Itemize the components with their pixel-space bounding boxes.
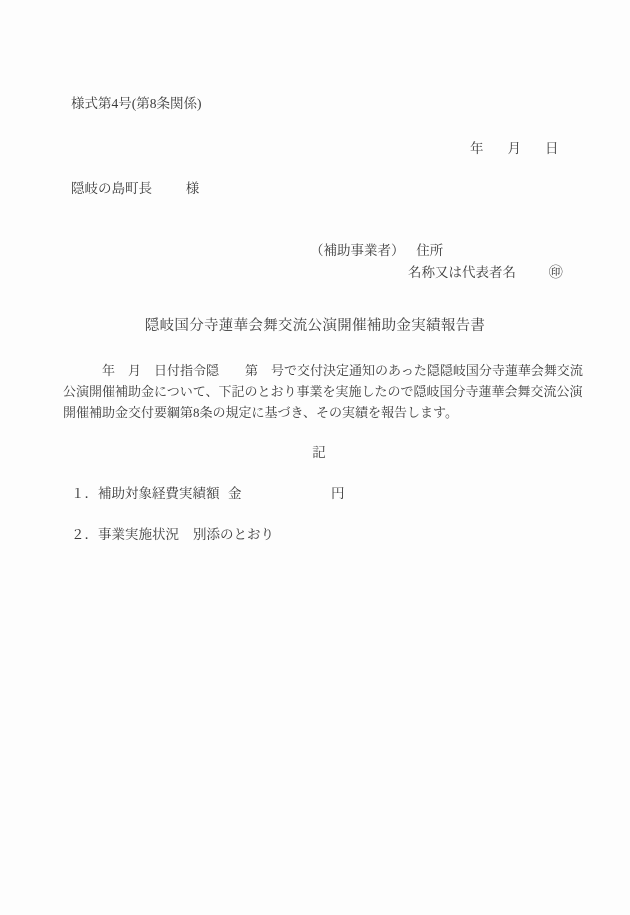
body-line-2: 公演開催補助金について、下記のとおり事業を実施したので隠岐国分寺蓮華会舞交流公演 xyxy=(63,381,575,402)
date-month-label: 月 xyxy=(508,141,522,157)
addressee-name: 隠岐の島町長 xyxy=(71,181,152,196)
item-1-label: 補助対象経費実績額 xyxy=(98,486,220,501)
item-2-label-group: ２．事業実施状況 xyxy=(71,527,179,543)
addressee-line: 隠岐の島町長 様 xyxy=(71,181,199,197)
applicant-name-line: 名称又は代表者名 ㊞ xyxy=(408,265,563,283)
body-line-3: 開催補助金交付要綱第8条の規定に基づき、その実績を報告します。 xyxy=(63,402,575,423)
document-page: 様式第4号(第8条関係) 年 月 日 隠岐の島町長 様 （補助事業者） 住所 名… xyxy=(0,0,630,915)
date-month-blank xyxy=(521,141,545,157)
date-year-blank xyxy=(484,141,508,157)
item-1-currency-suffix: 円 xyxy=(331,486,345,502)
date-year-label: 年 xyxy=(470,141,484,157)
body-paragraph: 年 月 日付指令隠 第 号で交付決定通知のあった隠隠岐国分寺蓮華会舞交流 公演開… xyxy=(63,360,575,423)
date-day-label: 日 xyxy=(545,141,559,157)
document-title: 隠岐国分寺蓮華会舞交流公演開催補助金実績報告書 xyxy=(0,318,630,335)
addressee-honorific: 様 xyxy=(186,181,200,196)
item-1-label-group: １．補助対象経費実績額 xyxy=(71,486,220,502)
item-1-currency-prefix: 金 xyxy=(228,486,242,502)
applicant-role-label: （補助事業者） xyxy=(310,243,405,258)
body-line-1: 年 月 日付指令隠 第 号で交付決定通知のあった隠隠岐国分寺蓮華会舞交流 xyxy=(63,360,575,381)
form-number: 様式第4号(第8条関係) xyxy=(71,96,202,112)
item-row-1: １．補助対象経費実績額 金 円 xyxy=(71,486,551,502)
section-marker: 記 xyxy=(63,445,575,461)
item-1-number: １． xyxy=(71,486,98,501)
applicant-address-label: 住所 xyxy=(416,243,443,258)
applicant-role-line: （補助事業者） 住所 xyxy=(310,243,443,259)
seal-mark-icon: ㊞ xyxy=(549,266,563,283)
item-2-number: ２． xyxy=(71,527,98,542)
date-line: 年 月 日 xyxy=(470,141,559,157)
item-row-2: ２．事業実施状況 別添のとおり xyxy=(71,527,551,543)
item-2-label: 事業実施状況 xyxy=(98,527,179,542)
item-2-value: 別添のとおり xyxy=(193,527,274,543)
applicant-name-label: 名称又は代表者名 xyxy=(408,265,516,280)
